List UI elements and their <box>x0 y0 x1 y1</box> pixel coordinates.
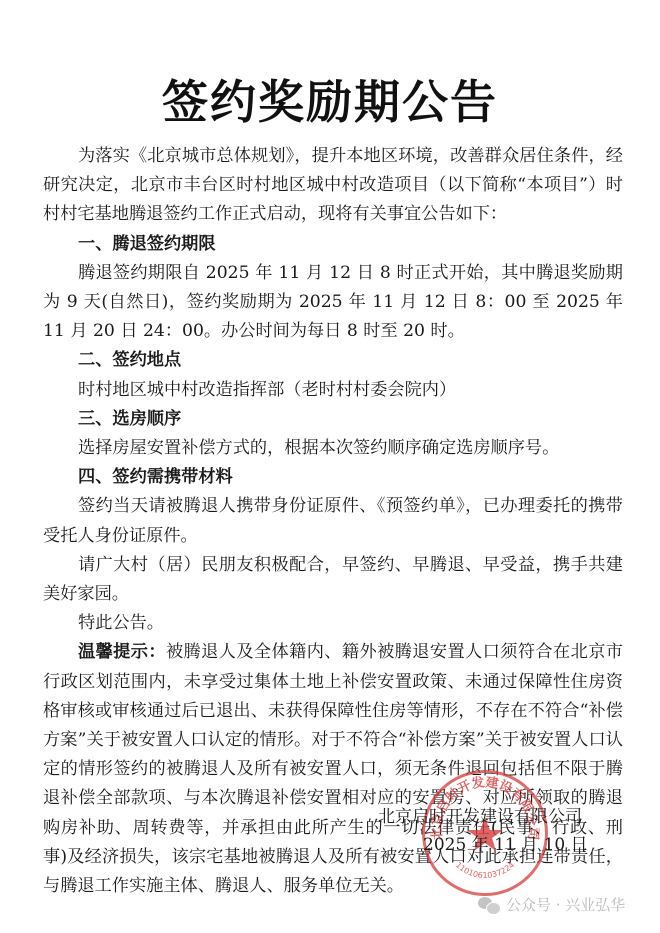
section-heading-location: 二、签约地点 <box>43 346 623 375</box>
signature-date: 2025 年 11 月 10 日 <box>378 831 618 859</box>
section-heading-period: 一、腾退签约期限 <box>43 230 623 259</box>
section-text-location: 时村地区城中村改造指挥部（老时村村委会院内） <box>43 376 623 405</box>
section-text-period: 腾退签约期限自 2025 年 11 月 12 日 8 时正式开始，其中腾退奖励期… <box>43 259 623 347</box>
section-text-order: 选择房屋安置补偿方式的，根据本次签约顺序确定选房顺序号。 <box>43 434 623 463</box>
signature-org: 北京启时开发建设有限公司 <box>378 803 618 831</box>
section-heading-materials: 四、签约需携带材料 <box>43 463 623 492</box>
svg-text:1101061037224: 1101061037224 <box>454 860 517 880</box>
page-title: 签约奖励期公告 <box>0 66 660 132</box>
intro-paragraph: 为落实《北京城市总体规划》，提升本地区环境，改善群众居住条件，经研究决定，北京市… <box>43 142 623 230</box>
signature-block: 北京启时开发建设有限公司 2025 年 11 月 10 日 <box>378 803 618 859</box>
closing-line: 特此公告。 <box>43 609 623 638</box>
tip-label: 温馨提示： <box>78 642 166 662</box>
watermark: 公众号 · 兴业弘华 <box>478 894 625 915</box>
watermark-text: 公众号 · 兴业弘华 <box>506 894 625 915</box>
wechat-icon <box>478 897 500 913</box>
appeal-paragraph: 请广大村（居）民朋友积极配合，早签约、早腾退、早受益，携手共建美好家园。 <box>43 551 623 609</box>
section-text-materials: 签约当天请被腾退人携带身份证原件、《预签约单》，已办理委托的携带受托人身份证原件… <box>43 492 623 550</box>
section-heading-order: 三、选房顺序 <box>43 405 623 434</box>
